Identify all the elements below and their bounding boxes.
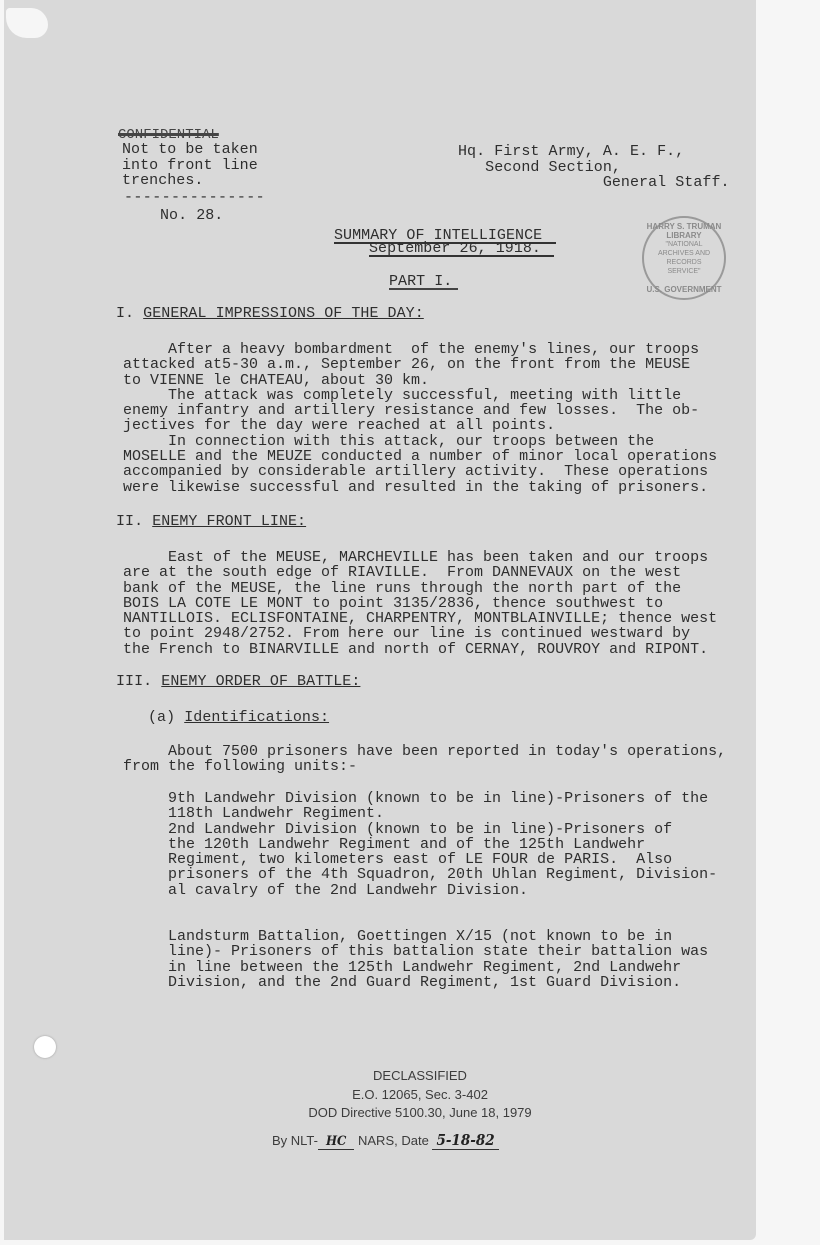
section-2-numeral: II. [116,513,143,530]
section-2-heading: II. ENEMY FRONT LINE: [116,514,306,530]
stamp-ring-top: HARRY S. TRUMAN LIBRARY [644,222,724,240]
subsection-a-intro: About 7500 prisoners have been reported … [123,744,726,775]
subsection-a-heading: (a) Identifications: [148,710,329,726]
section-1-numeral: I. [116,305,134,322]
punch-hole [34,1036,56,1058]
section-2-title: ENEMY FRONT LINE: [152,513,306,530]
stamp-ring-bottom: U.S. GOVERNMENT [644,285,724,294]
archive-stamp: HARRY S. TRUMAN LIBRARY "NATIONAL ARCHIV… [642,216,726,300]
edge-notch [806,1070,820,1130]
section-3-title: ENEMY ORDER OF BATTLE: [161,673,360,690]
unit-entry-landsturm: Landsturm Battalion, Goettingen X/15 (no… [168,929,708,990]
section-1-heading: I. GENERAL IMPRESSIONS OF THE DAY: [116,306,424,322]
declass-title: DECLASSIFIED [300,1067,540,1085]
subsection-a-title: Identifications: [184,709,329,726]
part-underline [389,288,458,290]
organization-block: Hq. First Army, A. E. F., Second Section… [458,144,730,191]
declass-signoff: By NLT-HC NARS, Date 5-18-82 [272,1131,499,1151]
document-number: No. 28. [160,208,223,224]
declass-order: E.O. 12065, Sec. 3-402 [300,1086,540,1104]
stamp-inner-text: "NATIONAL ARCHIVES AND RECORDS SERVICE" [650,240,718,276]
unit-entry-landwehr: 9th Landwehr Division (known to be in li… [168,791,717,898]
declass-initials: HC [318,1134,354,1150]
subsection-a-label: (a) [148,709,175,726]
separator-line: --------------- [124,190,265,206]
declass-date: 5-18-82 [432,1131,498,1150]
date-underline [369,255,554,257]
declass-by-label: By NLT- [272,1133,318,1148]
section-1-body: After a heavy bombardment of the enemy's… [123,342,717,495]
section-2-body: East of the MEUSE, MARCHEVILLE has been … [123,550,717,657]
section-3-heading: III. ENEMY ORDER OF BATTLE: [116,674,360,690]
declass-nars-label: NARS, Date [358,1133,429,1148]
declass-directive: DOD Directive 5100.30, June 18, 1979 [260,1104,580,1122]
section-1-title: GENERAL IMPRESSIONS OF THE DAY: [143,305,424,322]
section-3-numeral: III. [116,673,152,690]
handling-note: Not to be taken into front line trenches… [122,142,258,189]
